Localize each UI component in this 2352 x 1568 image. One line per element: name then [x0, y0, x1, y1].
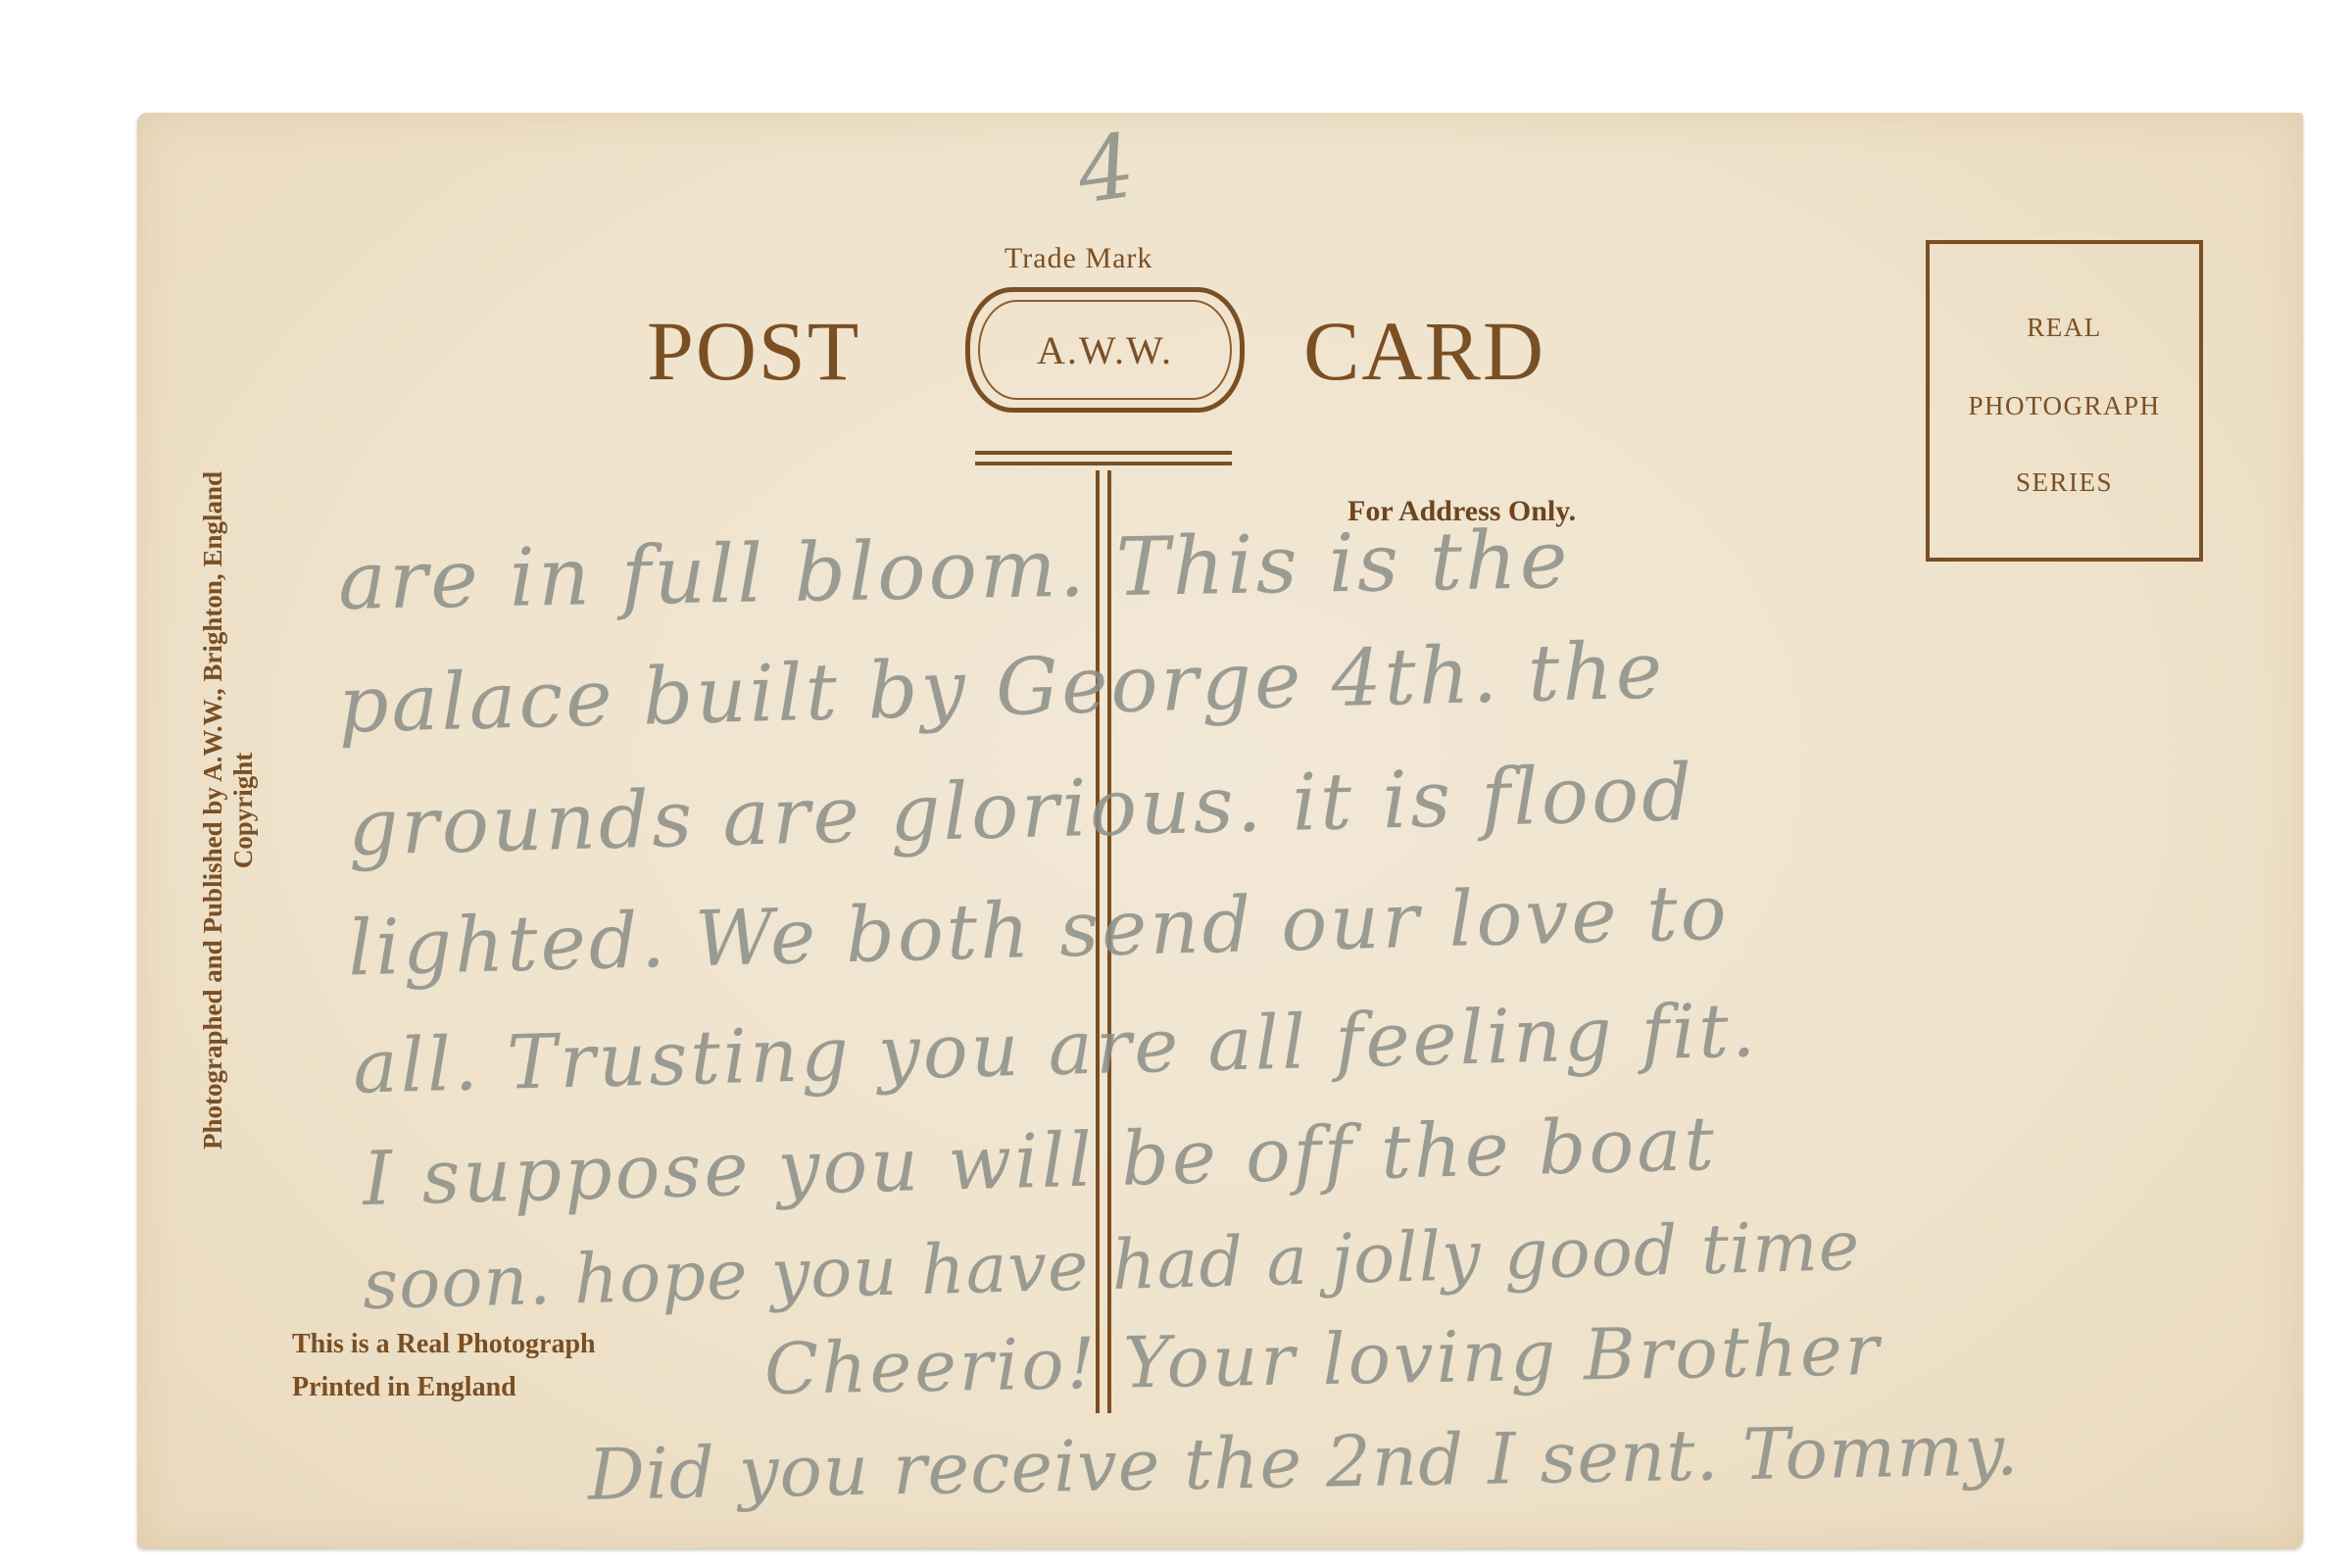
handwriting-line-8: Cheerio! Your loving Brother: [763, 1308, 1882, 1410]
aww-logo: A.W.W.: [965, 287, 1245, 413]
logo-text: A.W.W.: [1037, 327, 1173, 373]
handwriting-line-9: Did you receive the 2nd I sent. Tommy.: [587, 1408, 2020, 1515]
note-line-2: Printed in England: [292, 1366, 596, 1409]
divider-rule-top: [975, 451, 1232, 455]
postcard-back: 4 POST Trade Mark A.W.W. CARD REAL PHOTO…: [137, 113, 2303, 1548]
card-heading: CARD: [1303, 309, 1545, 393]
publisher-credit: Photographed and Published by A.W.W., Br…: [198, 311, 259, 1310]
note-line-1: This is a Real Photograph: [292, 1323, 596, 1366]
post-heading: POST: [647, 309, 860, 393]
handwriting-line-3: grounds are glorious. it is flood: [347, 747, 1695, 873]
stamp-text-real: REAL: [1930, 313, 2199, 343]
real-photograph-note: This is a Real Photograph Printed in Eng…: [292, 1323, 596, 1409]
handwriting-line-5: all. Trusting you are all feeling fit.: [352, 986, 1759, 1110]
handwriting-line-1: are in full bloom. This is the: [337, 514, 1571, 628]
stamp-box: REAL PHOTOGRAPH SERIES: [1926, 240, 2203, 562]
trade-mark-label: Trade Mark: [1004, 242, 1152, 275]
copyright-line: Copyright: [228, 311, 259, 1310]
publisher-line: Photographed and Published by A.W.W., Br…: [198, 311, 228, 1310]
stamp-text-series: SERIES: [1930, 467, 2199, 498]
pencil-number: 4: [1071, 114, 1144, 223]
divider-rule-bottom: [975, 462, 1232, 465]
handwriting-line-2: palace built by George 4th. the: [337, 624, 1666, 750]
stamp-text-photograph: PHOTOGRAPH: [1930, 391, 2199, 421]
handwriting-line-7: soon. hope you have had a jolly good tim…: [362, 1205, 1861, 1325]
handwriting-line-6: I suppose you will be off the boat: [362, 1100, 1718, 1222]
handwriting-line-4: lighted. We both send our love to: [347, 869, 1731, 994]
